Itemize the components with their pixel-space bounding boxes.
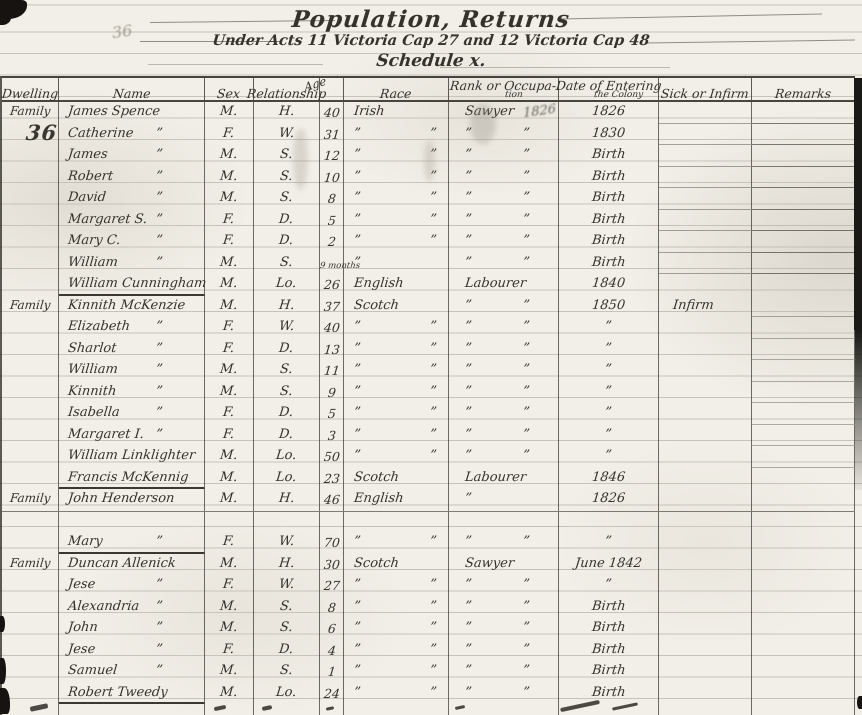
cell-dwelling [2,512,59,533]
table-row: Kinnith”M.S.9””””” [2,382,855,404]
cell-name: Margaret I.” [59,425,205,447]
cell-race: ”” [344,188,449,210]
cell-remarks [752,188,855,210]
table-row: Francis McKennigM.Lo.23ScotchLabourer184… [2,468,855,490]
cell-dwelling [2,683,59,705]
cell-dwelling [2,188,59,210]
cell-name: Isabella” [59,403,205,425]
table-row: Sharlot”F.D.13””””” [2,339,855,361]
table-row: Alexandria”M.S.8””””Birth [2,597,855,619]
cell-occupation: ”” [449,683,559,705]
cell-occupation: Labourer [449,274,559,296]
table-row: Isabella”F.D.5””””” [2,403,855,425]
cell-remarks [752,102,855,124]
cell-occupation: ”” [449,339,559,361]
ink-smear [470,104,496,144]
cell-date-of-entering: ” [559,425,659,447]
cell-remarks [752,167,855,189]
cell-sex: F. [205,124,254,146]
cell-occupation: ”” [449,640,559,662]
cell-occupation: ”” [449,661,559,683]
cell-race: ”” [344,403,449,425]
cell-sick-or-infirm [659,403,752,425]
cell-occupation: ” [449,489,559,511]
cell-sick-or-infirm [659,532,752,554]
cell-sex [205,512,254,533]
cell-date-of-entering: Birth [559,618,659,640]
cell-sex: M. [205,661,254,683]
cell-sex: M. [205,188,254,210]
cell-dwelling [2,167,59,189]
cell-name [59,512,205,533]
cell-remarks [752,532,855,554]
cell-occupation: ”” [449,360,559,382]
cell-occupation: ”” [449,188,559,210]
cell-age: 26 [320,274,344,296]
census-sheet: 36 Population, Returns Under Acts 11 Vic… [0,0,862,715]
table-row-empty [2,704,855,715]
schedule-heading: Schedule x. [0,51,862,71]
table-row: FamilyKinnith McKenzieM.H.37Scotch””1850… [2,296,855,318]
cell-dwelling: Family [2,296,59,318]
table-row: FamilyJohn HendersonM.H.46English”1826 [2,489,855,511]
cell-occupation: ”” [449,253,559,275]
cell-dwelling [2,231,59,253]
cell-race: ”” [344,231,449,253]
cell-sick-or-infirm [659,188,752,210]
cell-relationship: S. [254,167,320,189]
cell-age: 30 [320,554,344,576]
cell-sex: M. [205,167,254,189]
cell-age: 70 [320,532,344,554]
cell-relationship: S. [254,253,320,275]
cell-date-of-entering: ” [559,575,659,597]
cell-name: William Cunningham [59,274,205,296]
cell-dwelling: Family [2,554,59,576]
cell-occupation: ”” [449,597,559,619]
cell-race: ”” [344,575,449,597]
cell-race: ”” [344,640,449,662]
cell-race: English [344,274,449,296]
cell-relationship [254,512,320,533]
cell-occupation [449,512,559,533]
cell-name: Margaret S.” [59,210,205,232]
cell-remarks [752,661,855,683]
cell-dwelling [2,597,59,619]
cell-age: 4 [320,640,344,662]
cell-remarks [752,360,855,382]
cell-dwelling [2,339,59,361]
cell-name [59,704,205,715]
table-row: Samuel”M.S.1””””Birth [2,661,855,683]
cell-age: 46 [320,489,344,511]
cell-dwelling [2,360,59,382]
table-row: William”M.S.9 months”””Birth [2,253,855,275]
cell-race: ”” [344,382,449,404]
cell-name: Sharlot” [59,339,205,361]
cell-remarks [752,575,855,597]
cell-age: 10 [320,167,344,189]
cell-race: English [344,489,449,511]
cell-dwelling: Family [2,489,59,511]
table-row: William LinklighterM.Lo.50””””” [2,446,855,468]
cell-occupation: ”” [449,145,559,167]
table-row: Margaret I.”F.D.3””””” [2,425,855,447]
cell-occupation [449,704,559,715]
cell-remarks [752,382,855,404]
cell-date-of-entering: ” [559,360,659,382]
column-header-race: Race [344,78,449,100]
flourish-line [140,41,280,42]
cell-dwelling [2,382,59,404]
cell-remarks [752,512,855,533]
cell-occupation: Labourer [449,468,559,490]
cell-dwelling [2,403,59,425]
cell-remarks [752,296,855,318]
cell-sick-or-infirm [659,425,752,447]
cell-race: Scotch [344,296,449,318]
cell-dwelling [2,446,59,468]
cell-name: John Henderson [59,489,205,511]
table-row: John”M.S.6””””Birth [2,618,855,640]
cell-sick-or-infirm [659,102,752,124]
cell-sex: F. [205,532,254,554]
cell-relationship: S. [254,145,320,167]
table-row: FamilyDuncan AllenickM.H.30ScotchSawyerJ… [2,554,855,576]
cell-age: 5 [320,403,344,425]
cell-sick-or-infirm [659,339,752,361]
cell-sex: M. [205,489,254,511]
column-header-age: Age [320,78,344,100]
cell-sex: M. [205,360,254,382]
cell-name: John” [59,618,205,640]
cell-name: Jese” [59,575,205,597]
column-header-dwelling: Dwelling [2,78,59,100]
cell-age: 23 [320,468,344,490]
cell-remarks [752,704,855,715]
cell-occupation: ”” [449,532,559,554]
cell-date-of-entering: Birth [559,253,659,275]
cell-race: ”” [344,124,449,146]
cell-race: ”” [344,339,449,361]
cell-remarks [752,425,855,447]
cell-sex: F. [205,210,254,232]
cell-date-of-entering: Birth [559,188,659,210]
cell-sick-or-infirm [659,512,752,533]
cell-sick-or-infirm [659,554,752,576]
cell-race: ”” [344,532,449,554]
cell-date-of-entering: June 1842 [559,554,659,576]
cell-date-of-entering: Birth [559,145,659,167]
cell-relationship: H. [254,554,320,576]
table-header-row: DwellingNameSexRelationshipAgeRaceRank o… [2,78,855,102]
cell-age: 11 [320,360,344,382]
cell-sex: M. [205,683,254,705]
cell-age: 3 [320,425,344,447]
cell-sick-or-infirm: Infirm [659,296,752,318]
cell-relationship: W. [254,124,320,146]
table-row: Mary”F.W.70””””” [2,532,855,554]
cell-remarks [752,339,855,361]
cell-age: 8 [320,188,344,210]
cell-race: ”” [344,661,449,683]
cell-sick-or-infirm [659,317,752,339]
column-header-occupation: Rank or Occupa-tion [449,78,559,100]
table-row: David”M.S.8””””Birth [2,188,855,210]
cell-age: 50 [320,446,344,468]
cell-relationship: Lo. [254,446,320,468]
cell-occupation: ”” [449,231,559,253]
cell-race: ”” [344,210,449,232]
cell-age: 5 [320,210,344,232]
cell-sex: M. [205,102,254,124]
cell-remarks [752,274,855,296]
cell-race: Scotch [344,554,449,576]
page-title: Population, Returns [0,6,862,33]
cell-date-of-entering: 1840 [559,274,659,296]
table-row: Jese”F.D.4””””Birth [2,640,855,662]
cell-name: Elizabeth” [59,317,205,339]
cell-relationship: S. [254,360,320,382]
cell-sex: M. [205,468,254,490]
cell-relationship: D. [254,339,320,361]
table-row: Margaret S.”F.D.5””””Birth [2,210,855,232]
cell-relationship: D. [254,640,320,662]
cell-occupation: ”” [449,425,559,447]
cell-date-of-entering: 1830 [559,124,659,146]
cell-sick-or-infirm [659,210,752,232]
cell-sick-or-infirm [659,382,752,404]
cell-remarks [752,597,855,619]
cell-race [344,512,449,533]
cell-relationship: Lo. [254,274,320,296]
cell-sick-or-infirm [659,597,752,619]
cell-remarks [752,317,855,339]
cell-dwelling [2,425,59,447]
cell-sex: M. [205,145,254,167]
cell-sick-or-infirm [659,489,752,511]
cell-date-of-entering: Birth [559,661,659,683]
cell-sick-or-infirm [659,618,752,640]
cell-date-of-entering: 1846 [559,468,659,490]
cell-name: Francis McKennig [59,468,205,490]
table-row: William CunninghamM.Lo.26EnglishLabourer… [2,274,855,296]
cell-race: ”” [344,317,449,339]
cell-name: Kinnith” [59,382,205,404]
cell-name: Mary C.” [59,231,205,253]
cell-remarks [752,618,855,640]
cell-sick-or-infirm [659,231,752,253]
cell-remarks [752,640,855,662]
cell-age: 2 [320,231,344,253]
cell-age: 12 [320,145,344,167]
cell-name: David” [59,188,205,210]
cell-occupation: ”” [449,317,559,339]
cell-sick-or-infirm [659,145,752,167]
cell-date-of-entering: Birth [559,210,659,232]
cell-age: 8 [320,597,344,619]
cell-relationship: D. [254,210,320,232]
cell-sex: M. [205,274,254,296]
cell-occupation: ”” [449,618,559,640]
cell-race: Scotch [344,468,449,490]
cell-occupation: ”” [449,575,559,597]
page-edge-dark-band [854,78,862,330]
cell-remarks [752,403,855,425]
cell-dwelling [2,618,59,640]
cell-sex: F. [205,317,254,339]
scan-smudge-left-edge [0,658,6,684]
cell-sex: M. [205,618,254,640]
cell-sex: M. [205,446,254,468]
cell-date-of-entering: ” [559,317,659,339]
cell-relationship: W. [254,317,320,339]
column-header-name: Name [59,78,205,100]
cell-age: 6 [320,618,344,640]
cell-date-of-entering: Birth [559,167,659,189]
ink-smear [424,140,435,182]
cell-date-of-entering: ” [559,382,659,404]
cell-relationship: W. [254,575,320,597]
cell-age [320,512,344,533]
cell-race: ”” [344,360,449,382]
flourish-line [148,64,323,65]
cell-remarks [752,554,855,576]
cell-age: 1 [320,661,344,683]
cell-name: Duncan Allenick [59,554,205,576]
cell-occupation: Sawyer1826 [449,102,559,124]
cell-sick-or-infirm [659,704,752,715]
cell-remarks [752,124,855,146]
ink-smear [293,128,308,190]
cell-sex: F. [205,339,254,361]
cell-occupation: ”” [449,382,559,404]
cell-relationship: S. [254,382,320,404]
cell-name: William” [59,360,205,382]
cell-sick-or-infirm [659,253,752,275]
cell-relationship: H. [254,489,320,511]
cell-sick-or-infirm [659,683,752,705]
cell-relationship: D. [254,403,320,425]
cell-name: Robert Tweedy [59,683,205,705]
cell-date-of-entering: ” [559,446,659,468]
cell-dwelling [2,640,59,662]
cell-occupation: ”” [449,167,559,189]
cell-remarks [752,145,855,167]
cell-sex: F. [205,403,254,425]
cell-date-of-entering [559,512,659,533]
scan-smudge-right-edge [857,696,862,709]
table-row: Robert TweedyM.Lo.24””””Birth [2,683,855,705]
cell-age: 9 months [320,253,344,275]
cell-age: 40 [320,317,344,339]
cell-occupation: ”” [449,124,559,146]
cell-age: 37 [320,296,344,318]
cell-remarks [752,210,855,232]
cell-remarks [752,231,855,253]
cell-relationship: S. [254,188,320,210]
cell-sick-or-infirm [659,274,752,296]
cell-relationship: S. [254,618,320,640]
cell-race: ”” [344,597,449,619]
cell-sick-or-infirm [659,446,752,468]
cell-date-of-entering: Birth [559,640,659,662]
cell-dwelling [2,532,59,554]
column-header-date-of-entering: Date of Enteringthe Colony [559,78,659,100]
cell-name: Robert” [59,167,205,189]
cell-race: ”” [344,618,449,640]
flourish-line [440,67,670,68]
cell-sex: M. [205,296,254,318]
cell-age: 24 [320,683,344,705]
cell-name: Alexandria” [59,597,205,619]
cell-date-of-entering: 1826 [559,102,659,124]
cell-sex: M. [205,554,254,576]
cell-dwelling [2,274,59,296]
cell-occupation: Sawyer [449,554,559,576]
cell-age: 27 [320,575,344,597]
cell-relationship: S. [254,661,320,683]
cell-name: William” [59,253,205,275]
cell-age: 13 [320,339,344,361]
cell-sick-or-infirm [659,468,752,490]
cell-name: Mary” [59,532,205,554]
cell-date-of-entering: Birth [559,683,659,705]
table-body: FamilyJames SpenceM.H.40IrishSawyer18261… [2,102,855,715]
cell-race [344,704,449,715]
cell-dwelling [2,145,59,167]
cell-sex: M. [205,382,254,404]
cell-name: James Spence [59,102,205,124]
cell-relationship: D. [254,425,320,447]
cell-sick-or-infirm [659,575,752,597]
cell-relationship: Lo. [254,468,320,490]
cell-sex: M. [205,597,254,619]
cell-date-of-entering: Birth [559,231,659,253]
cell-sick-or-infirm [659,640,752,662]
cell-race: ”” [344,446,449,468]
cell-sex: F. [205,575,254,597]
cell-relationship: H. [254,102,320,124]
table-row: William”M.S.11””””” [2,360,855,382]
cell-dwelling [2,575,59,597]
cell-name: James” [59,145,205,167]
cell-dwelling [2,253,59,275]
cell-relationship: W. [254,532,320,554]
cell-name: Samuel” [59,661,205,683]
cell-race: Irish [344,102,449,124]
cell-date-of-entering: 1826 [559,489,659,511]
cell-relationship: S. [254,597,320,619]
cell-relationship: H. [254,296,320,318]
cell-age: 9 [320,382,344,404]
cell-name: Catherine” [59,124,205,146]
cell-relationship: D. [254,231,320,253]
page-edge-dark-band [855,330,862,490]
cell-race: ”” [344,425,449,447]
cell-remarks [752,253,855,275]
cell-remarks [752,489,855,511]
table-row: Jese”F.W.27””””” [2,575,855,597]
cell-race: ”” [344,683,449,705]
table-row: Mary C.”F.D.2””””Birth [2,231,855,253]
cell-age: 40 [320,102,344,124]
cell-date-of-entering: ” [559,403,659,425]
column-header-remarks: Remarks [752,78,855,100]
cell-date-of-entering: ” [559,532,659,554]
cell-dwelling [2,468,59,490]
cell-date-of-entering: 1850 [559,296,659,318]
